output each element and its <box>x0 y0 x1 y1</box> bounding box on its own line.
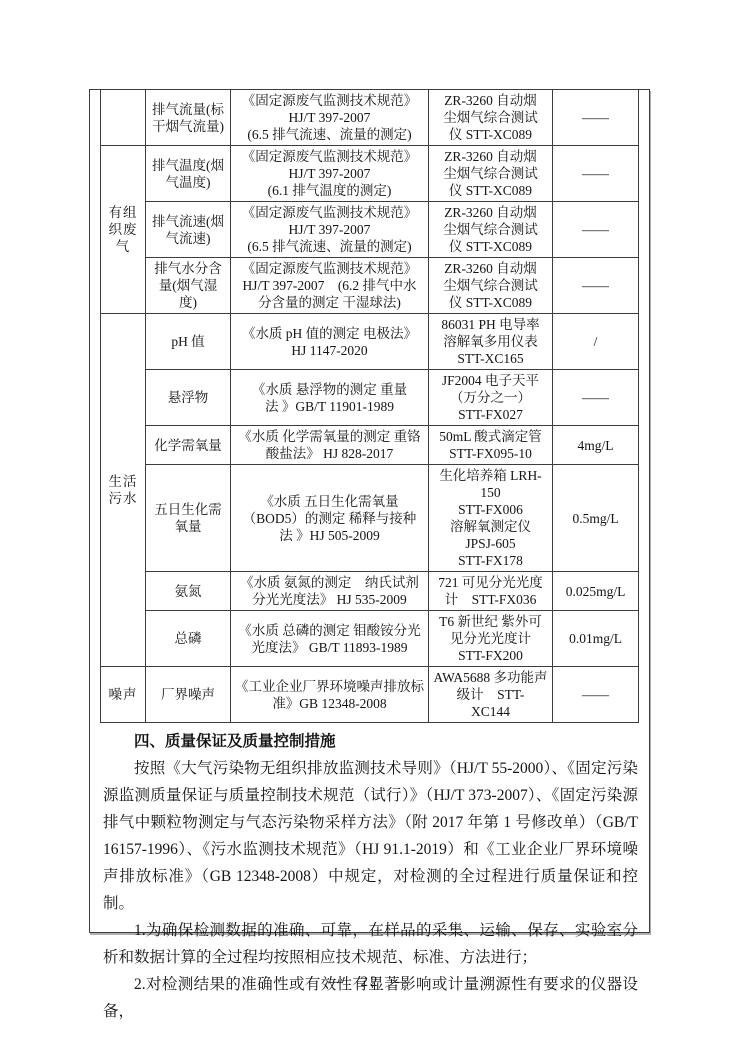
instrument-cell: ZR-3260 自动烟 尘烟气综合测试 仪 STT-XC089 <box>429 90 553 146</box>
limit-cell: / <box>553 314 639 370</box>
table-row: 五日生化需 氧量 《水质 五日生化需氧量 （BOD5）的测定 稀释与接种 法 》… <box>101 465 639 572</box>
instrument-cell: 生化培养箱 LRH- 150 STT-FX006 溶解氧测定仪 JPSJ-605… <box>429 465 553 572</box>
limit-cell: —— <box>553 258 639 314</box>
item-cell: 排气流量(标 干烟气流量) <box>146 90 231 146</box>
page-number: — 22 — <box>0 974 740 991</box>
table-row: 排气流量(标 干烟气流量) 《固定源废气监测技术规范》 HJ/T 397-200… <box>101 90 639 146</box>
item-cell: 氨氮 <box>146 572 231 611</box>
table-row: 悬浮物 《水质 悬浮物的测定 重量 法 》GB/T 11901-1989 JF2… <box>101 370 639 426</box>
paragraph: 1.为确保检测数据的准确、可靠，在样品的采集、运输、保存、实验室分析和数据计算的… <box>103 917 638 971</box>
item-cell: 悬浮物 <box>146 370 231 426</box>
limit-cell: 0.5mg/L <box>553 465 639 572</box>
table-row: 生活 污水 pH 值 《水质 pH 值的测定 电极法》 HJ 1147-2020… <box>101 314 639 370</box>
method-cell: 《水质 氨氮的测定 纳氏试剂 分光光度法》 HJ 535-2009 <box>231 572 429 611</box>
method-cell: 《固定源废气监测技术规范》 HJ/T 397-2007 (6.1 排气温度的测定… <box>231 146 429 202</box>
limit-cell: 4mg/L <box>553 426 639 465</box>
paragraph: 按照《大气污染物无组织排放监测技术导则》（HJ/T 55-2000）、《固定污染… <box>103 755 638 917</box>
method-cell: 《固定源废气监测技术规范》 HJ/T 397-2007 (6.5 排气流速、流量… <box>231 90 429 146</box>
document-page: { "table": { "groups": [ { "label": "" }… <box>0 0 740 1046</box>
instrument-cell: 86031 PH 电导率 溶解氧多用仪表 STT-XC165 <box>429 314 553 370</box>
limit-cell: —— <box>553 370 639 426</box>
instrument-cell: ZR-3260 自动烟 尘烟气综合测试 仪 STT-XC089 <box>429 202 553 258</box>
limit-cell: —— <box>553 90 639 146</box>
table-row: 化学需氧量 《水质 化学需氧量的测定 重铬 酸盐法》 HJ 828-2017 5… <box>101 426 639 465</box>
method-cell: 《水质 总磷的测定 钼酸铵分光 光度法》 GB/T 11893-1989 <box>231 611 429 667</box>
instrument-cell: AWA5688 多功能声 级计 STT- XC144 <box>429 667 553 723</box>
table-row: 噪声 厂界噪声 《工业企业厂界环境噪声排放标 准》GB 12348-2008 A… <box>101 667 639 723</box>
item-cell: 厂界噪声 <box>146 667 231 723</box>
category-cell: 噪声 <box>101 667 146 723</box>
instrument-cell: 721 可见分光光度 计 STT-FX036 <box>429 572 553 611</box>
table-row: 氨氮 《水质 氨氮的测定 纳氏试剂 分光光度法》 HJ 535-2009 721… <box>101 572 639 611</box>
category-cell <box>101 90 146 146</box>
table-row: 排气流速(烟 气流速) 《固定源废气监测技术规范》 HJ/T 397-2007 … <box>101 202 639 258</box>
page-frame: 排气流量(标 干烟气流量) 《固定源废气监测技术规范》 HJ/T 397-200… <box>89 89 650 933</box>
method-cell: 《水质 化学需氧量的测定 重铬 酸盐法》 HJ 828-2017 <box>231 426 429 465</box>
table-row: 排气水分含 量(烟气湿 度) 《固定源废气监测技术规范》 HJ/T 397-20… <box>101 258 639 314</box>
limit-cell: —— <box>553 202 639 258</box>
instrument-cell: ZR-3260 自动烟 尘烟气综合测试 仪 STT-XC089 <box>429 146 553 202</box>
limit-cell: —— <box>553 146 639 202</box>
monitoring-table: 排气流量(标 干烟气流量) 《固定源废气监测技术规范》 HJ/T 397-200… <box>100 89 639 723</box>
instrument-cell: ZR-3260 自动烟 尘烟气综合测试 仪 STT-XC089 <box>429 258 553 314</box>
item-cell: 排气温度(烟 气温度) <box>146 146 231 202</box>
item-cell: pH 值 <box>146 314 231 370</box>
limit-cell: 0.01mg/L <box>553 611 639 667</box>
method-cell: 《水质 悬浮物的测定 重量 法 》GB/T 11901-1989 <box>231 370 429 426</box>
section-heading: 四、质量保证及质量控制措施 <box>103 728 638 755</box>
instrument-cell: JF2004 电子天平 （万分之一） STT-FX027 <box>429 370 553 426</box>
method-cell: 《固定源废气监测技术规范》 HJ/T 397-2007 (6.5 排气流速、流量… <box>231 202 429 258</box>
method-cell: 《水质 pH 值的测定 电极法》 HJ 1147-2020 <box>231 314 429 370</box>
item-cell: 总磷 <box>146 611 231 667</box>
limit-cell: —— <box>553 667 639 723</box>
item-cell: 五日生化需 氧量 <box>146 465 231 572</box>
category-cell: 有组 织废 气 <box>101 146 146 314</box>
method-cell: 《固定源废气监测技术规范》 HJ/T 397-2007 (6.2 排气中水 分含… <box>231 258 429 314</box>
method-cell: 《工业企业厂界环境噪声排放标 准》GB 12348-2008 <box>231 667 429 723</box>
category-cell: 生活 污水 <box>101 314 146 667</box>
item-cell: 排气流速(烟 气流速) <box>146 202 231 258</box>
instrument-cell: 50mL 酸式滴定管 STT-FX095-10 <box>429 426 553 465</box>
table-row: 总磷 《水质 总磷的测定 钼酸铵分光 光度法》 GB/T 11893-1989 … <box>101 611 639 667</box>
method-cell: 《水质 五日生化需氧量 （BOD5）的测定 稀释与接种 法 》HJ 505-20… <box>231 465 429 572</box>
instrument-cell: T6 新世纪 紫外可 见分光光度计 STT-FX200 <box>429 611 553 667</box>
table-row: 有组 织废 气 排气温度(烟 气温度) 《固定源废气监测技术规范》 HJ/T 3… <box>101 146 639 202</box>
limit-cell: 0.025mg/L <box>553 572 639 611</box>
item-cell: 化学需氧量 <box>146 426 231 465</box>
item-cell: 排气水分含 量(烟气湿 度) <box>146 258 231 314</box>
